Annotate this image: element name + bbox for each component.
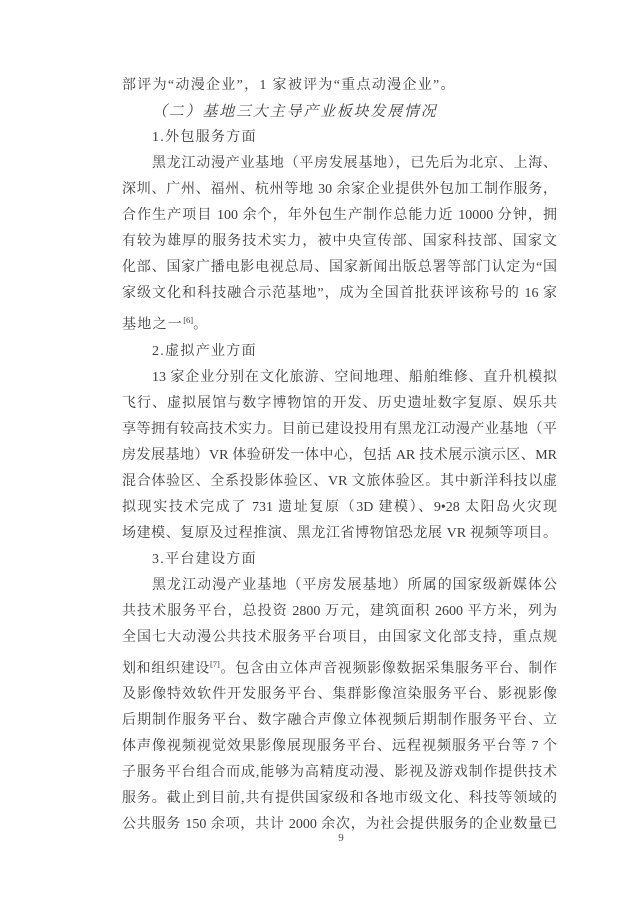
text-line-14: 享等拥有较高技术实力。目前已建设投用有黑龙江动漫产业基地（平	[122, 417, 557, 443]
text-line-26: 体声像视频视觉效果影像展现服务平台、远程视频服务平台等 7 个	[122, 734, 557, 760]
text-segment: 化部、国家广播电影电视总局、国家新闻出版总署等部门认定为“国	[122, 260, 557, 275]
text-segment: 后期制作服务平台、数字融合声像立体视频后期制作服务平台、立	[122, 713, 557, 728]
text-line-4: 黑龙江动漫产业基地（平房发展基地），已先后为北京、上海、	[122, 151, 557, 177]
text-segment: 3.平台建设方面	[152, 552, 257, 567]
text-line-17: 拟现实技术完成了 731 遗址复原（3D 建模）、9•28 太阳岛火灾现	[122, 495, 557, 521]
text-segment: 体声像视频视觉效果影像展现服务平台、远程视频服务平台等 7 个	[122, 739, 557, 754]
text-line-11: 2.虚拟产业方面	[122, 339, 557, 365]
text-line-21: 共技术服务平台，总投资 2800 万元，建筑面积 2600 平方米，列为	[122, 599, 557, 625]
text-line-27: 子服务平台组合而成,能够为高精度动漫、影视及游戏制作提供技术	[122, 760, 557, 786]
text-line-7: 有较为雄厚的服务技术实力，被中央宣传部、国家科技部、国家文	[122, 229, 557, 255]
text-segment: 黑龙江动漫产业基地（平房发展基地）所属的国家级新媒体公	[152, 578, 557, 593]
text-line-16: 混合体验区、全系投影体验区、VR 文旅体验区。其中新洋科技以虚	[122, 469, 557, 495]
text-line-2: （二）基地三大主导产业板块发展情况	[122, 99, 557, 125]
text-segment: 及影像特效软件开发服务平台、集群影像渲染服务平台、影视影像	[122, 687, 557, 702]
text-segment: 子服务平台组合而成,能够为高精度动漫、影视及游戏制作提供技术	[122, 765, 557, 780]
text-line-24: 及影像特效软件开发服务平台、集群影像渲染服务平台、影视影像	[122, 682, 557, 708]
document-body: 部评为“动漫企业”，1 家被评为“重点动漫企业”。（二）基地三大主导产业板块发展…	[122, 73, 557, 838]
text-line-23: 划和组织建设[7]。包含由立体声音视频影像数据采集服务平台、制作	[122, 651, 557, 683]
footnote-ref: [6]	[183, 315, 193, 325]
footnote-ref: [7]	[210, 659, 220, 669]
text-segment: 享等拥有较高技术实力。目前已建设投用有黑龙江动漫产业基地（平	[122, 422, 557, 437]
text-segment: 公共服务 150 余项，共计 2000 余次，为社会提供服务的企业数量已	[122, 817, 557, 832]
text-segment: 场建模、复原及过程推演、黑龙江省博物馆恐龙展 VR 视频等项目。	[122, 526, 557, 541]
text-line-12: 13 家企业分别在文化旅游、空间地理、船舶维修、直升机模拟	[122, 365, 557, 391]
text-segment: 2.虚拟产业方面	[152, 344, 257, 359]
text-line-18: 场建模、复原及过程推演、黑龙江省博物馆恐龙展 VR 视频等项目。	[122, 521, 557, 547]
text-line-25: 后期制作服务平台、数字融合声像立体视频后期制作服务平台、立	[122, 708, 557, 734]
text-line-20: 黑龙江动漫产业基地（平房发展基地）所属的国家级新媒体公	[122, 573, 557, 599]
text-segment: 部评为“动漫企业”，1 家被评为“重点动漫企业”。	[122, 78, 456, 93]
page-number: 9	[338, 832, 344, 844]
text-line-9: 家级文化和科技融合示范基地”，成为全国首批获评该称号的 16 家	[122, 281, 557, 307]
text-line-6: 合作生产项目 100 余个，年外包生产制作总能力近 10000 分钟，拥	[122, 203, 557, 229]
text-line-15: 房发展基地）VR 体验研发一体中心，包括 AR 技术展示演示区、MR	[122, 443, 557, 469]
text-line-1: 部评为“动漫企业”，1 家被评为“重点动漫企业”。	[122, 73, 557, 99]
text-line-13: 飞行、虚拟展馆与数字博物馆的开发、历史遗址数字复原、娱乐共	[122, 391, 557, 417]
text-segment: 飞行、虚拟展馆与数字博物馆的开发、历史遗址数字复原、娱乐共	[122, 396, 557, 411]
text-segment: 服务。截止到目前,共有提供国家级和各地市级文化、科技等领域的	[122, 791, 557, 806]
text-segment: 拟现实技术完成了 731 遗址复原（3D 建模）、9•28 太阳岛火灾现	[122, 500, 557, 515]
text-segment: 13 家企业分别在文化旅游、空间地理、船舶维修、直升机模拟	[152, 370, 557, 385]
text-line-22: 全国七大动漫公共技术服务平台项目，由国家文化部支持，重点规	[122, 625, 557, 651]
text-line-28: 服务。截止到目前,共有提供国家级和各地市级文化、科技等领域的	[122, 786, 557, 812]
text-line-10: 基地之一[6]。	[122, 307, 557, 339]
page-footer: 9	[0, 832, 640, 844]
text-segment: 划和组织建设	[122, 661, 210, 676]
text-segment: 合作生产项目 100 余个，年外包生产制作总能力近 10000 分钟，拥	[122, 208, 557, 223]
text-segment: 基地之一	[122, 318, 183, 333]
text-line-19: 3.平台建设方面	[122, 547, 557, 573]
text-segment: 。包含由立体声音视频影像数据采集服务平台、制作	[220, 661, 557, 676]
text-segment: 家级文化和科技融合示范基地”，成为全国首批获评该称号的 16 家	[122, 286, 557, 301]
text-line-5: 深圳、广州、福州、杭州等地 30 余家企业提供外包加工制作服务，	[122, 177, 557, 203]
text-segment: 共技术服务平台，总投资 2800 万元，建筑面积 2600 平方米，列为	[122, 604, 557, 619]
text-line-8: 化部、国家广播电影电视总局、国家新闻出版总署等部门认定为“国	[122, 255, 557, 281]
text-line-3: 1.外包服务方面	[122, 125, 557, 151]
text-segment: 房发展基地）VR 体验研发一体中心，包括 AR 技术展示演示区、MR	[122, 448, 557, 463]
document-page: 部评为“动漫企业”，1 家被评为“重点动漫企业”。（二）基地三大主导产业板块发展…	[0, 0, 640, 905]
text-segment: 全国七大动漫公共技术服务平台项目，由国家文化部支持，重点规	[122, 630, 557, 645]
text-segment: （二）基地三大主导产业板块发展情况	[152, 104, 438, 120]
text-segment: 混合体验区、全系投影体验区、VR 文旅体验区。其中新洋科技以虚	[122, 474, 557, 489]
text-segment: 深圳、广州、福州、杭州等地 30 余家企业提供外包加工制作服务，	[122, 182, 557, 197]
text-segment: 黑龙江动漫产业基地（平房发展基地），已先后为北京、上海、	[152, 156, 557, 171]
text-segment: 1.外包服务方面	[152, 130, 257, 145]
text-segment: 有较为雄厚的服务技术实力，被中央宣传部、国家科技部、国家文	[122, 234, 557, 249]
text-segment: 。	[193, 318, 208, 333]
